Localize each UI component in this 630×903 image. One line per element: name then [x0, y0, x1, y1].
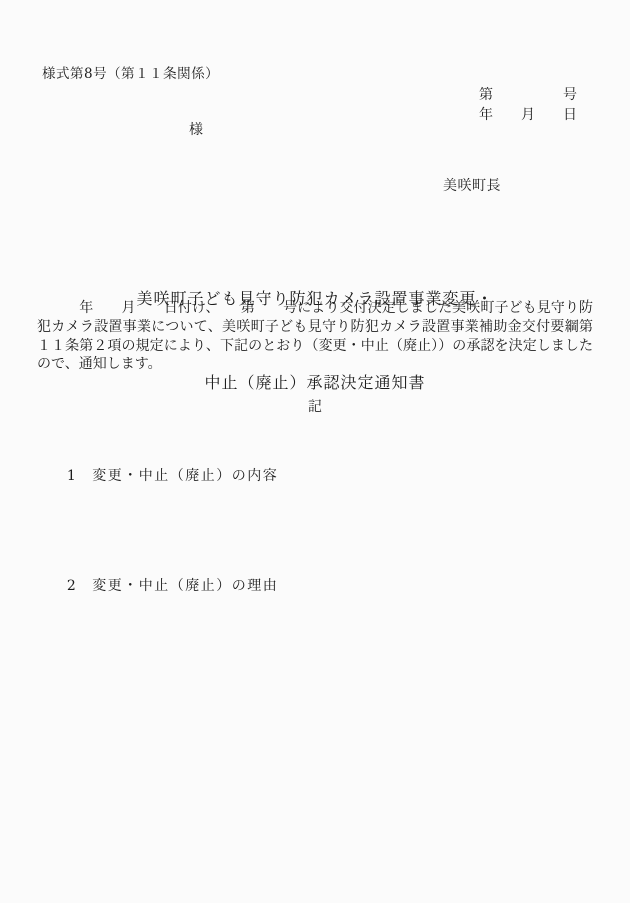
document-number-line: 第 号 — [479, 84, 577, 104]
record-marker: 記 — [0, 396, 630, 416]
sender-title: 美咲町長 — [443, 175, 501, 195]
record-item-2-number: 2 — [67, 578, 77, 594]
document-page: 様式第8号（第１１条関係） 第 号 年 月 日 様 美咲町長 美咲町子ども見守り… — [0, 0, 630, 903]
record-item-1-label: 変更・中止（廃止）の内容 — [92, 468, 278, 484]
body-paragraph: 年 月 日付け、 第 号により交付決定しました美咲町子ども見守り防犯カメラ設置事… — [37, 299, 593, 374]
record-item-2: 2変更・中止（廃止）の理由 — [43, 559, 278, 611]
addressee-honorific: 様 — [189, 119, 203, 139]
record-item-2-label: 変更・中止（廃止）の理由 — [92, 578, 278, 594]
document-date-line: 年 月 日 — [479, 104, 577, 124]
record-item-1: 1変更・中止（廃止）の内容 — [43, 449, 278, 501]
record-item-1-number: 1 — [67, 468, 77, 484]
form-id: 様式第8号（第１１条関係） — [42, 62, 219, 82]
